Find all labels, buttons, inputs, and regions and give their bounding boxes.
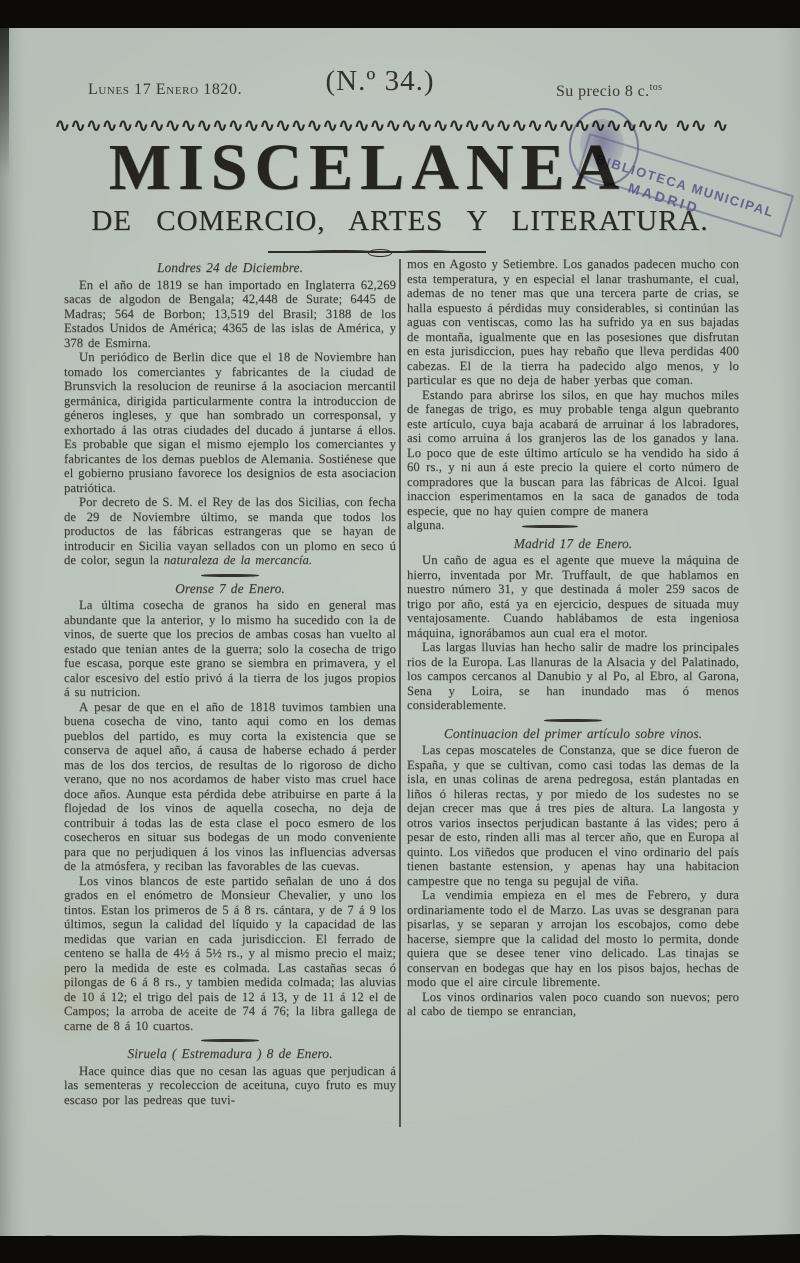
dateline: Lunes 17 Enero 1820. xyxy=(88,81,242,99)
article-paragraph: A pesar de que en el año de 1818 tuvimos… xyxy=(64,700,396,874)
section-divider-rule xyxy=(201,1039,259,1042)
article-paragraph: La vendimia empieza en el mes de Febrero… xyxy=(407,888,739,990)
article-heading: Continuacion del primer artículo sobre v… xyxy=(407,727,739,742)
article-heading: Siruela ( Estremadura ) 8 de Enero. xyxy=(64,1047,396,1062)
article-paragraph: Un caño de agua es el agente que mueve l… xyxy=(407,553,739,640)
price-superscript: tos xyxy=(650,82,663,93)
article-heading: Londres 24 de Diciembre. xyxy=(64,261,396,276)
article-paragraph: Por decreto de S. M. el Rey de las dos S… xyxy=(64,495,396,568)
tapered-rule-ornament xyxy=(268,247,486,256)
scan-border-top xyxy=(0,0,800,28)
article-paragraph: mos en Agosto y Setiembre. Los ganados p… xyxy=(407,257,739,388)
ornament-diamond xyxy=(368,249,392,257)
page-edge-shadow xyxy=(0,28,9,178)
column-divider-rule xyxy=(399,259,401,1127)
endline-word: alguna. xyxy=(407,518,444,533)
ornament-taper-left xyxy=(307,250,372,253)
article-paragraph: La última cosecha de granos ha sido en g… xyxy=(64,598,396,700)
library-stamp: BIBLIOTECA MUNICIPAL MADRID xyxy=(543,98,793,268)
paragraph-endline: alguna. xyxy=(407,518,739,533)
article-heading: Orense 7 de Enero. xyxy=(64,582,396,597)
section-divider-rule xyxy=(522,525,578,528)
article-paragraph: Un periódico de Berlin dice que el 18 de… xyxy=(64,350,396,495)
article-paragraph: Hace quince dias que no cesan las aguas … xyxy=(64,1064,396,1108)
article-paragraph: Estando para abrirse los silos, en que h… xyxy=(407,388,739,519)
section-divider-rule xyxy=(201,574,259,577)
ornament-taper-right xyxy=(403,250,451,253)
right-text-column: mos en Agosto y Setiembre. Los ganados p… xyxy=(407,257,739,1019)
article-paragraph: En el año de 1819 se han importado en In… xyxy=(64,278,396,351)
italic-phrase: naturaleza de la mercancía. xyxy=(164,553,312,567)
article-paragraph: Las largas lluvias han hecho salir de ma… xyxy=(407,640,739,713)
article-paragraph: Las cepas moscateles de Constanza, que s… xyxy=(407,743,739,888)
scanned-newspaper-page: Lunes 17 Enero 1820. (N.º 34.) Su precio… xyxy=(0,0,800,1263)
scan-border-bottom xyxy=(0,1234,800,1263)
article-heading: Madrid 17 de Enero. xyxy=(407,537,739,552)
section-divider-rule xyxy=(544,719,602,722)
stamp-frame: BIBLIOTECA MUNICIPAL xyxy=(577,133,795,238)
article-paragraph: Los vinos ordinarios valen poco cuando s… xyxy=(407,990,739,1019)
issue-number: (N.º 34.) xyxy=(305,65,455,98)
article-paragraph: Los vinos blancos de este partido señala… xyxy=(64,874,396,1034)
left-text-column: Londres 24 de Diciembre.En el año de 181… xyxy=(64,257,396,1107)
